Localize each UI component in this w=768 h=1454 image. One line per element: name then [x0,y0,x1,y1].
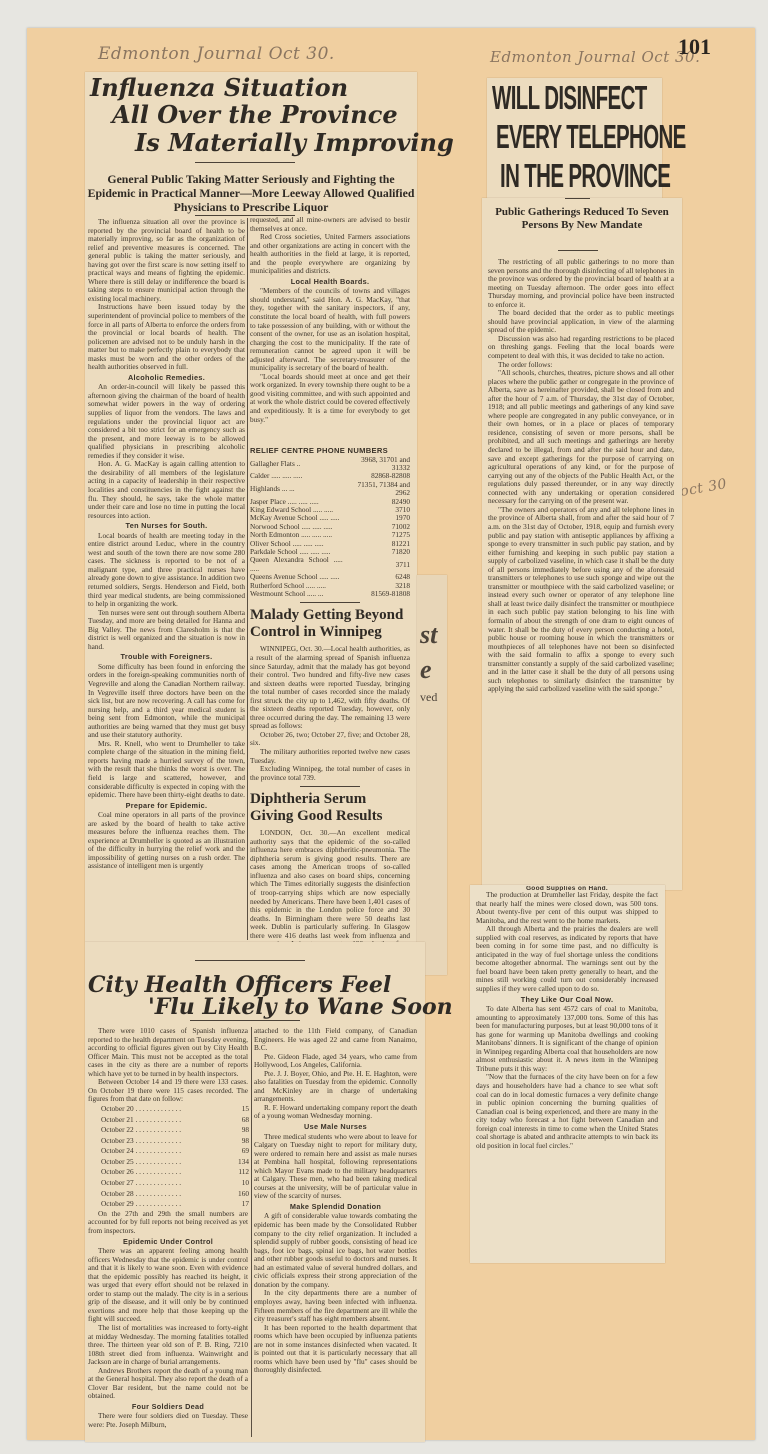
article1-column-1: The influenza situation all over the pro… [88,218,245,871]
paragraph: On the 27th and 29th the small numbers a… [88,1210,248,1236]
section-subhead: Alcoholic Remedies. [88,374,245,383]
paragraph: Between October 14 and 19 there were 133… [88,1078,248,1104]
daily-cases-row: October 24 . . . . . . . . . . . . .69 [100,1146,250,1157]
paragraph: Instructions have been issued today by t… [88,303,245,371]
paragraph: Excluding Winnipeg, the total number of … [250,765,410,782]
handwritten-source-note-left: Edmonton Journal Oct 30. [98,44,335,64]
phone-row: Gallagher Flats ..3968, 31701 and 31332 [250,456,410,473]
paragraph: Local boards of health are meeting today… [88,532,245,609]
paragraph: It has been reported to the health depar… [254,1324,417,1375]
headline-diphtheria: Diphtheria Serum Giving Good Results [250,791,410,825]
paragraph: Hon. A. G. MacKay is again calling atten… [88,460,245,520]
paragraph: There were four soldiers died on Tuesday… [88,1412,248,1429]
headline-telephone-1: WILL DISINFECT [492,78,647,118]
paragraph: There was an apparent feeling among heal… [88,1247,248,1324]
section-subhead: They Like Our Coal Now. [476,996,658,1005]
paragraph: Red Cross societies, United Farmers asso… [250,233,410,276]
headline-city-health-2: 'Flu Likely to Wane Soon [148,992,453,1022]
daily-cases-row: October 26 . . . . . . . . . . . . .112 [100,1167,250,1178]
article-deck: General Public Taking Matter Seriously a… [86,172,416,214]
section-subhead: Epidemic Under Control [88,1238,248,1247]
section-subhead: Four Soldiers Dead [88,1403,248,1412]
paragraph: All through Alberta and the prairies the… [476,925,658,993]
daily-cases-row: October 28 . . . . . . . . . . . . .160 [100,1189,250,1200]
daily-cases-table: October 20 . . . . . . . . . . . . .15Oc… [100,1104,250,1210]
paragraph: Discussion was also had regarding restri… [488,335,674,361]
page-number: 101 [678,34,711,60]
article-winnipeg-body: WINNIPEG, Oct. 30.—Local health authorit… [250,645,410,782]
headline-line-3: Is Materially Improving [135,128,454,158]
paragraph: There were 1010 cases of Spanish influen… [88,1027,248,1078]
article-coal-body: Good Supplies on Hand. The production at… [476,886,658,1150]
paragraph: Some difficulty has been found in enforc… [88,663,245,740]
headline-line-2: All Over the Province [112,100,398,130]
paragraph: "Now that the furnaces of the city have … [476,1073,658,1150]
section-subhead: Prepare for Epidemic. [88,802,245,811]
daily-cases-row: October 21 . . . . . . . . . . . . .68 [100,1115,250,1126]
paragraph: The restricting of all public gatherings… [488,258,674,309]
paragraph: A gift of considerable value towards com… [254,1212,417,1289]
paragraph: "The owners and operators of any and all… [488,506,674,694]
paragraph: Pte. Gideon Flade, aged 34 years, who ca… [254,1053,417,1070]
paragraph: The influenza situation all over the pro… [88,218,245,303]
paragraph: Mrs. R. Knell, who went to Drumheller to… [88,740,245,800]
city-health-column-2: attached to the 11th Field company, of C… [254,1027,417,1375]
section-subhead: Ten Nurses for South. [88,522,245,531]
phone-row: Highlands ... ...71351, 71384 and 2962 [250,481,410,498]
paragraph: October 26, two; October 27, five; and O… [250,731,410,748]
paragraph: R. F. Howard undertaking company report … [254,1104,417,1121]
section-subhead: Local Health Boards. [250,278,410,287]
section-subhead: Use Male Nurses [254,1123,417,1132]
paragraph: The list of mortalities was increased to… [88,1324,248,1367]
section-subhead: Make Splendid Donation [254,1203,417,1212]
paragraph: In the city departments there are a numb… [254,1289,417,1323]
paragraph: Three medical students who were about to… [254,1133,417,1201]
daily-cases-row: October 27 . . . . . . . . . . . . .10 [100,1178,250,1189]
paragraph: Pte. J. J. Boyer, Ohio, and Pte. H. E. H… [254,1070,417,1104]
handwritten-source-note-right: Edmonton Journal Oct 30. [490,48,700,66]
paragraph: To date Alberta has sent 4572 cars of co… [476,1005,658,1073]
headline-telephone-3: IN THE PROVINCE [500,156,670,196]
daily-cases-row: October 22 . . . . . . . . . . . . .98 [100,1125,250,1136]
paragraph: "Local boards should meet at once and ge… [250,373,410,424]
bleed-text: e [420,655,432,685]
city-health-column-1: There were 1010 cases of Spanish influen… [88,1027,248,1430]
article1-column-2: requested, and all mine-owners are advis… [250,216,410,424]
paragraph: The military authorities reported twelve… [250,748,410,765]
paragraph: "All schools, churches, theatres, pictur… [488,369,674,506]
paragraph: Coal mine operators in all parts of the … [88,811,245,871]
phone-numbers-table: Gallagher Flats ..3968, 31701 and 31332C… [250,456,410,599]
paragraph: "Members of the councils of towns and vi… [250,287,410,372]
daily-cases-row: October 25 . . . . . . . . . . . . .134 [100,1157,250,1168]
phone-numbers-box: RELIEF CENTRE PHONE NUMBERS Gallagher Fl… [250,447,410,975]
paragraph: Andrews Brothers report the death of a y… [88,1367,248,1401]
paragraph: The board decided that the order as to p… [488,309,674,335]
telephone-subhead: Public Gatherings Reduced To Seven Perso… [487,206,677,232]
daily-cases-row: October 20 . . . . . . . . . . . . .15 [100,1104,250,1115]
paragraph: requested, and all mine-owners are advis… [250,216,410,233]
headline-line-1: Influenza Situation [90,73,348,103]
bleed-text: ved [420,690,437,705]
daily-cases-row: October 23 . . . . . . . . . . . . .98 [100,1136,250,1147]
paragraph: An order-in-council will likely be passe… [88,383,245,460]
phone-row: Queen Alexandra School ..... .....3711 [250,556,410,573]
phone-row: Westmount School ..... ...81569-81808 [250,590,410,598]
headline-telephone-2: EVERY TELEPHONE [496,117,686,157]
paragraph: Ten nurses were sent out through souther… [88,609,245,652]
paragraph: WINNIPEG, Oct. 30.—Local health authorit… [250,645,410,730]
section-subhead: Trouble with Foreigners. [88,653,245,662]
bleed-text: st [420,620,437,650]
headline-winnipeg: Malady Getting Beyond Control in Winnipe… [250,607,410,641]
article-telephone-body: The restricting of all public gatherings… [488,258,674,694]
paragraph: attached to the 11th Field company, of C… [254,1027,417,1053]
paragraph: The production at Drumheller last Friday… [476,891,658,925]
